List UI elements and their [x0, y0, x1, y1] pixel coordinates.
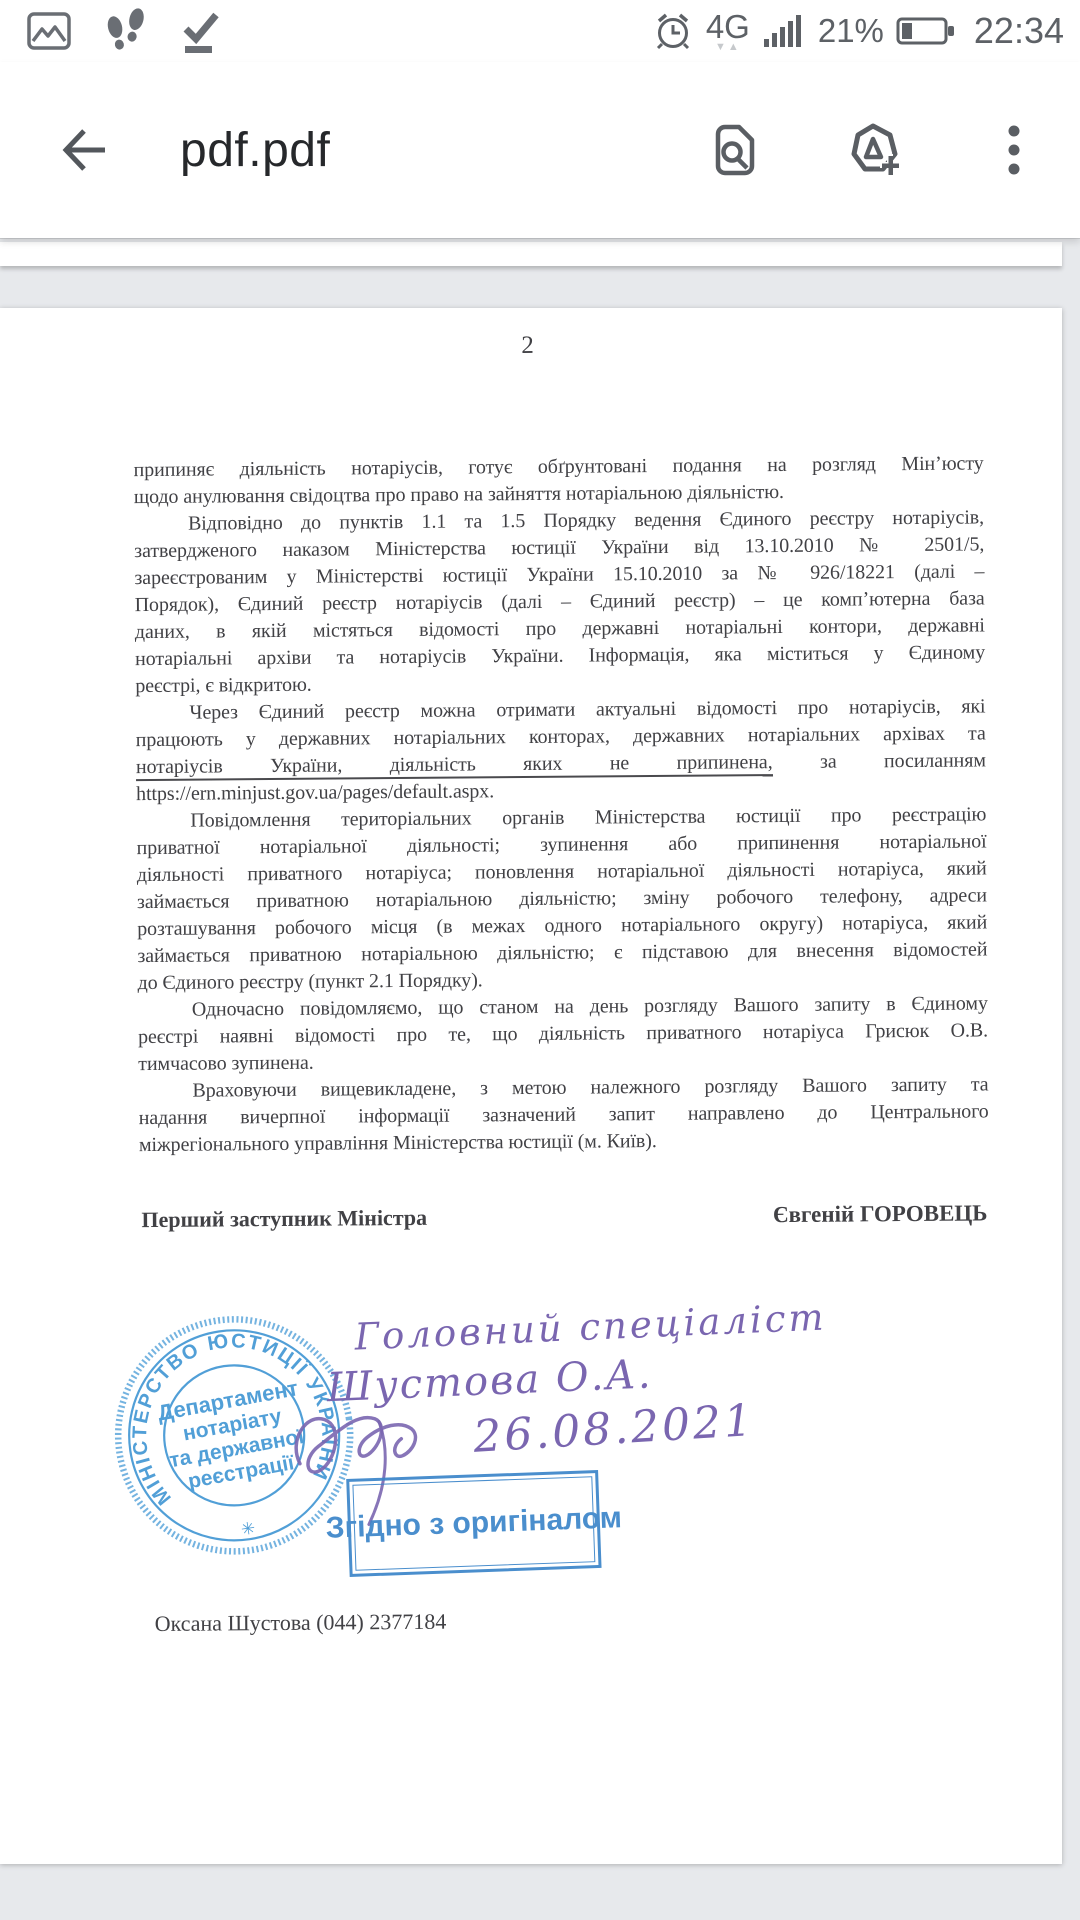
contact-line: Оксана Шустова (044) 2377184 — [155, 1609, 447, 1637]
back-arrow-icon — [57, 122, 113, 178]
add-annotation-icon — [844, 120, 904, 180]
task-complete-icon — [178, 7, 224, 55]
battery-percent: 21% — [818, 12, 884, 50]
signer-position: Перший заступник Міністра — [141, 1205, 427, 1233]
find-in-document-button[interactable] — [704, 120, 764, 180]
back-button[interactable] — [56, 121, 114, 179]
notification-icons — [0, 5, 224, 57]
alarm-icon — [652, 10, 694, 52]
battery-icon — [896, 15, 956, 47]
status-bar: 4G ▼▲ 21% 22:34 — [0, 0, 1080, 62]
pdf-page: 2 припиняє діяльність нотаріусів, готує … — [0, 308, 1062, 1864]
find-in-document-icon — [705, 121, 763, 179]
handwritten-position: Головний спеціаліст — [354, 1295, 828, 1358]
document-body: припиняє діяльність нотаріусів, готує об… — [133, 450, 988, 1159]
more-options-button[interactable] — [984, 120, 1044, 180]
footsteps-icon — [102, 5, 148, 57]
pdf-viewer-toolbar: pdf.pdf — [0, 62, 1080, 238]
certified-copy-stamp-border: Згідно з оригіналом — [352, 1476, 595, 1571]
document-line: міжрегіонального управління Міністерства… — [139, 1125, 989, 1159]
gallery-icon — [26, 11, 72, 51]
network-label: 4G — [706, 10, 750, 43]
signer-name: Євгеній ГОРОВЕЦЬ — [773, 1200, 988, 1228]
clock-time: 22:34 — [974, 10, 1064, 52]
stamp-bottom-mark: ✳ — [240, 1518, 257, 1539]
previous-page-edge — [0, 242, 1062, 266]
certified-copy-stamp-text: Згідно з оригіналом — [325, 1501, 622, 1546]
scanned-letter: 2 припиняє діяльність нотаріусів, готує … — [0, 308, 1062, 1864]
handwritten-date: 26.08.2021 — [472, 1395, 756, 1463]
more-options-icon — [1007, 124, 1021, 176]
document-title: pdf.pdf — [180, 123, 330, 178]
certified-copy-stamp: Згідно з оригіналом — [346, 1470, 601, 1577]
pdf-scroll-area[interactable]: 2 припиняє діяльність нотаріусів, готує … — [0, 238, 1080, 1920]
add-annotation-button[interactable] — [844, 120, 904, 180]
network-type: 4G ▼▲ — [706, 10, 750, 53]
signature-row: Перший заступник Міністра Євгеній ГОРОВЕ… — [141, 1200, 987, 1233]
page-number: 2 — [0, 328, 1059, 364]
signal-icon — [762, 11, 806, 51]
system-status-icons: 4G ▼▲ 21% 22:34 — [652, 10, 1080, 53]
data-arrows-icon: ▼▲ — [715, 42, 741, 53]
